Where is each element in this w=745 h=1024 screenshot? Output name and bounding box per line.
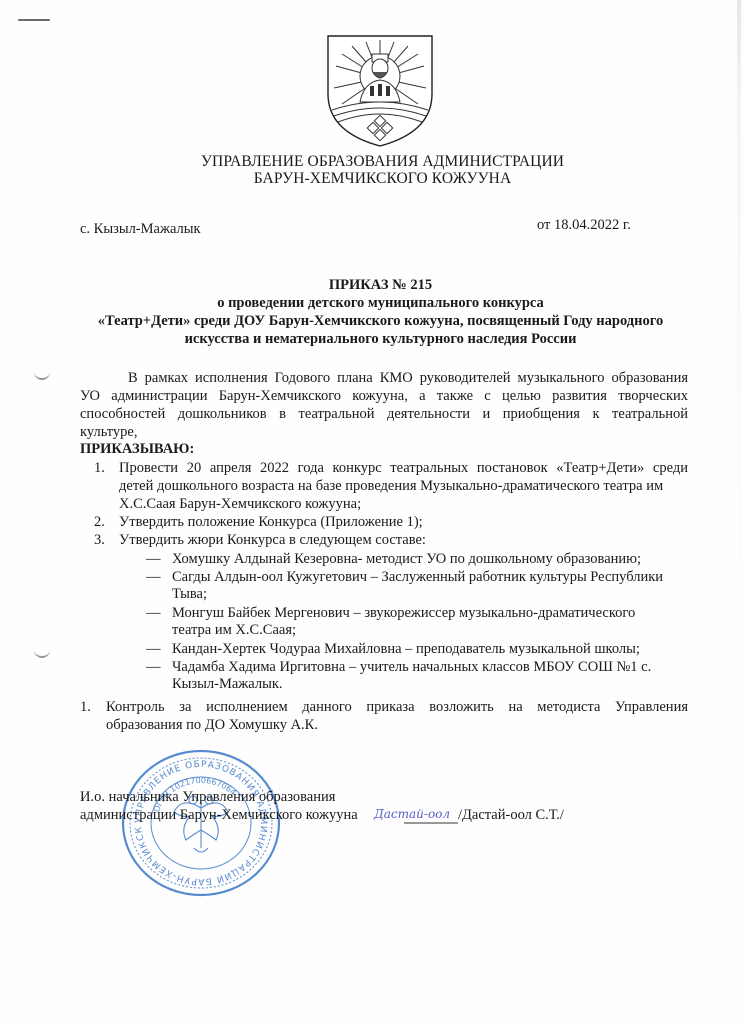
item-number: 3. [94, 531, 105, 549]
signatory-organization: администрации Барун-Хемчикского кожууна [80, 807, 358, 824]
jury-member-text: театра им Х.С.Саая; [172, 621, 635, 638]
preamble-line: В рамках исполнения Годового плана КМО р… [80, 369, 688, 387]
signatory-name: /Дастай-оол С.Т./ [458, 807, 564, 824]
signatory-position: И.о. начальника Управления образования [80, 789, 335, 806]
dash-bullet: — [146, 640, 161, 658]
preamble-line: УО администрации Барун-Хемчикского кожуу… [80, 387, 688, 405]
dash-bullet: — [146, 658, 161, 676]
order-title: ПРИКАЗ № 215 [8, 277, 745, 294]
document-page: УПРАВЛЕНИЕ ОБРАЗОВАНИЯ АДМИНИСТРАЦИИ БАР… [0, 0, 745, 1024]
order-subject-line: искусства и нематериального культурного … [8, 331, 745, 348]
preamble-line: способностей дошкольников в театральной … [80, 405, 688, 423]
jury-member-text: Чадамба Хадима Иргитовна – учитель начал… [172, 658, 651, 675]
coat-of-arms-icon [320, 32, 440, 150]
dash-bullet: — [146, 604, 161, 622]
jury-member-text: Кандан-Хертек Чодураа Михайловна – препо… [172, 640, 640, 657]
item-text-line: образования по ДО Хомушку А.К. [106, 716, 688, 734]
item-text-line: Х.С.Саая Барун-Хемчикского кожууна; [119, 495, 688, 513]
item-number: 2. [94, 513, 105, 531]
dash-bullet: — [146, 568, 161, 586]
jury-member-text: Хомушку Алдынай Кезеровна- методист УО п… [172, 550, 641, 567]
jury-member-text: Тыва; [172, 585, 663, 602]
issue-place: с. Кызыл-Мажалык [80, 221, 201, 238]
item-text-line: Провести 20 апреля 2022 года конкурс теа… [119, 459, 688, 477]
order-subject-line: о проведении детского муниципального кон… [8, 295, 745, 312]
item-text-line: Утвердить положение Конкурса (Приложение… [119, 513, 423, 531]
jury-member-text: Кызыл-Мажалык. [172, 675, 651, 692]
handwritten-signature-icon: Дастай-оол [372, 806, 460, 826]
item-number: 1. [80, 698, 91, 716]
jury-member-text: Монгуш Байбек Мергенович – звукорежиссер… [172, 604, 635, 621]
punch-hole-mark [34, 370, 50, 380]
preamble-paragraph: В рамках исполнения Годового плана КМО р… [80, 369, 688, 441]
item-text-line: детей дошкольного возраста на базе прове… [119, 477, 688, 495]
organization-district: БАРУН-ХЕМЧИКСКОГО КОЖУУНА [10, 170, 745, 188]
jury-member-text: Сагды Алдын-оол Кужугетович – Заслуженны… [172, 568, 663, 585]
signature-script: Дастай-оол [373, 807, 450, 821]
punch-hole-mark [34, 648, 50, 658]
item-text-line: Утвердить жюри Конкурса в следующем сост… [119, 531, 426, 549]
item-text-line: Контроль за исполнением данного приказа … [106, 698, 688, 716]
order-directive-heading: ПРИКАЗЫВАЮ: [80, 441, 194, 458]
order-subject-line: «Театр+Дети» среди ДОУ Барун-Хемчикского… [8, 313, 745, 330]
item-number: 1. [94, 459, 105, 477]
issue-date: от 18.04.2022 г. [537, 217, 631, 234]
dash-bullet: — [146, 550, 161, 568]
scan-artifact [18, 19, 50, 21]
organization-name: УПРАВЛЕНИЕ ОБРАЗОВАНИЯ АДМИНИСТРАЦИИ [10, 153, 745, 171]
preamble-line: культуре, [80, 423, 688, 441]
